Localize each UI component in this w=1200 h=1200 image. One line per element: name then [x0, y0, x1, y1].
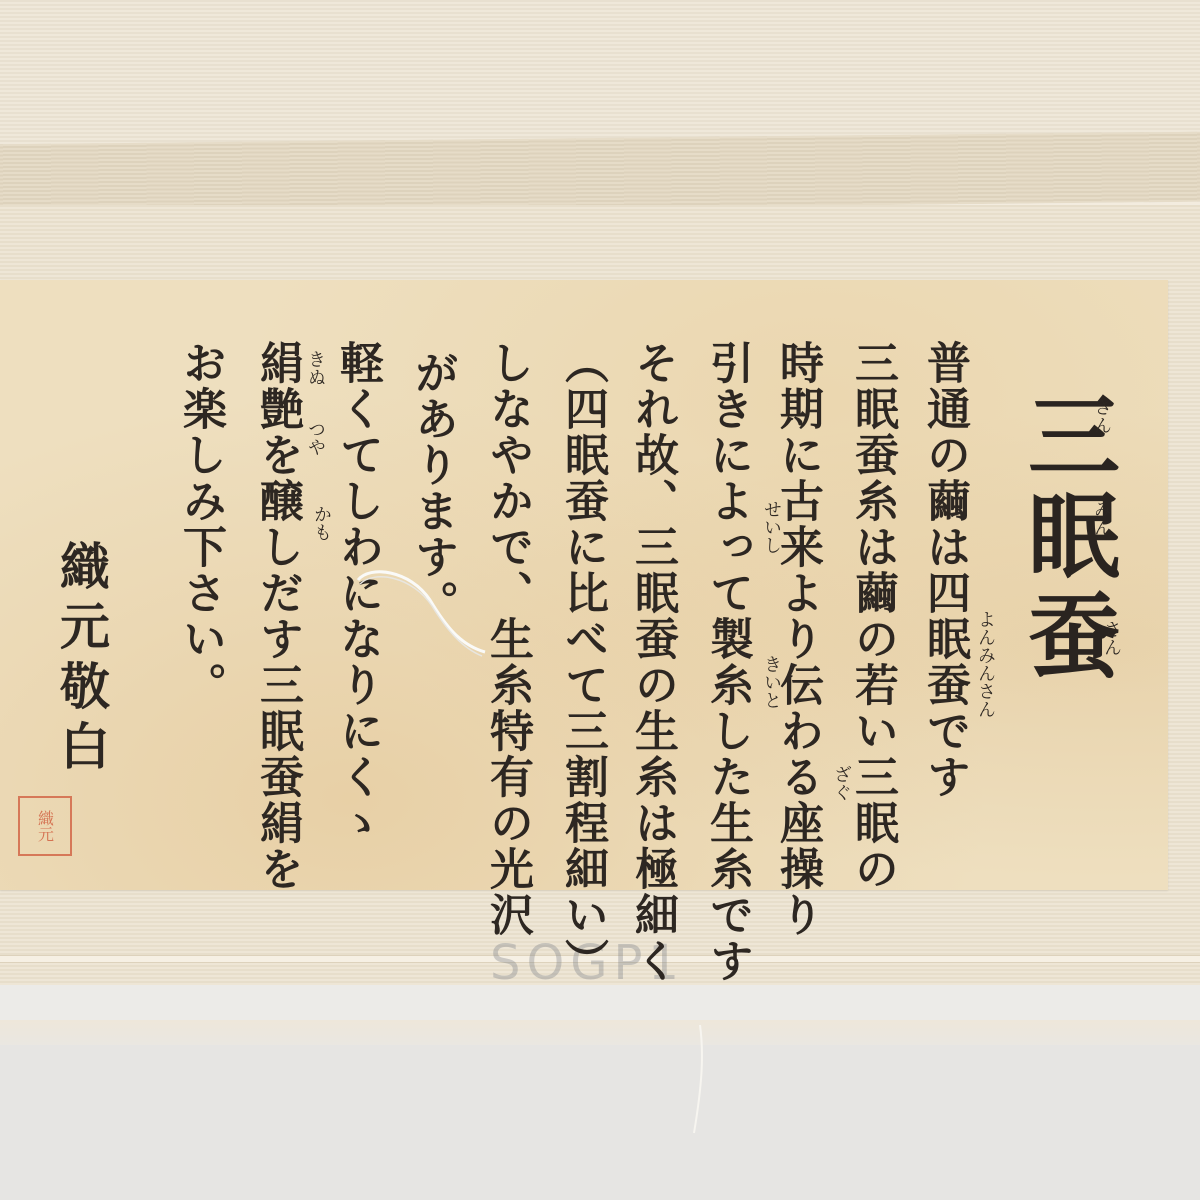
- text-line-4: 引きによって製糸した生糸です: [705, 340, 749, 984]
- text-line-11: お楽しみ下さい。: [178, 340, 222, 708]
- text-line-7: しなやかで、生糸特有の光沢: [485, 340, 529, 938]
- text-line-3: 時期に古来より伝わる座操り: [775, 340, 819, 938]
- title-ruby-san2: さん: [1098, 620, 1124, 656]
- ruby-tsuya: つや: [302, 420, 328, 456]
- ruby-kamo: かも: [308, 505, 334, 541]
- ruby-kinu: きぬ: [302, 350, 328, 386]
- text-line-10: 絹艶を醸しだす三眠蚕絹を: [255, 340, 299, 892]
- ruby-kiito: きいと: [758, 655, 784, 709]
- ruby-seishi: せいし: [758, 500, 784, 554]
- title-ruby-min: みん: [1088, 500, 1114, 536]
- ruby-yonminsan: よんみんさん: [972, 610, 998, 718]
- table-surface: [0, 1045, 1200, 1200]
- faint-printed-text: [0, 0, 1200, 26]
- title-ruby-san: さん: [1088, 398, 1114, 434]
- text-line-2: 三眠蚕糸は繭の若い三眠の: [850, 340, 894, 892]
- loose-thread-icon: [690, 1025, 720, 1135]
- text-line-6: （四眠蚕に比べて三割程細い）: [560, 340, 604, 984]
- signature: 織元敬白: [45, 540, 117, 780]
- red-seal-stamp: 織元: [18, 796, 72, 856]
- ruby-zagu: ざぐ: [828, 765, 854, 801]
- text-line-5: それ故、三眠蚕の生糸は極細く: [630, 340, 674, 984]
- text-line-1: 普通の繭は四眠蚕です: [922, 340, 966, 800]
- white-thread-icon: [350, 560, 490, 660]
